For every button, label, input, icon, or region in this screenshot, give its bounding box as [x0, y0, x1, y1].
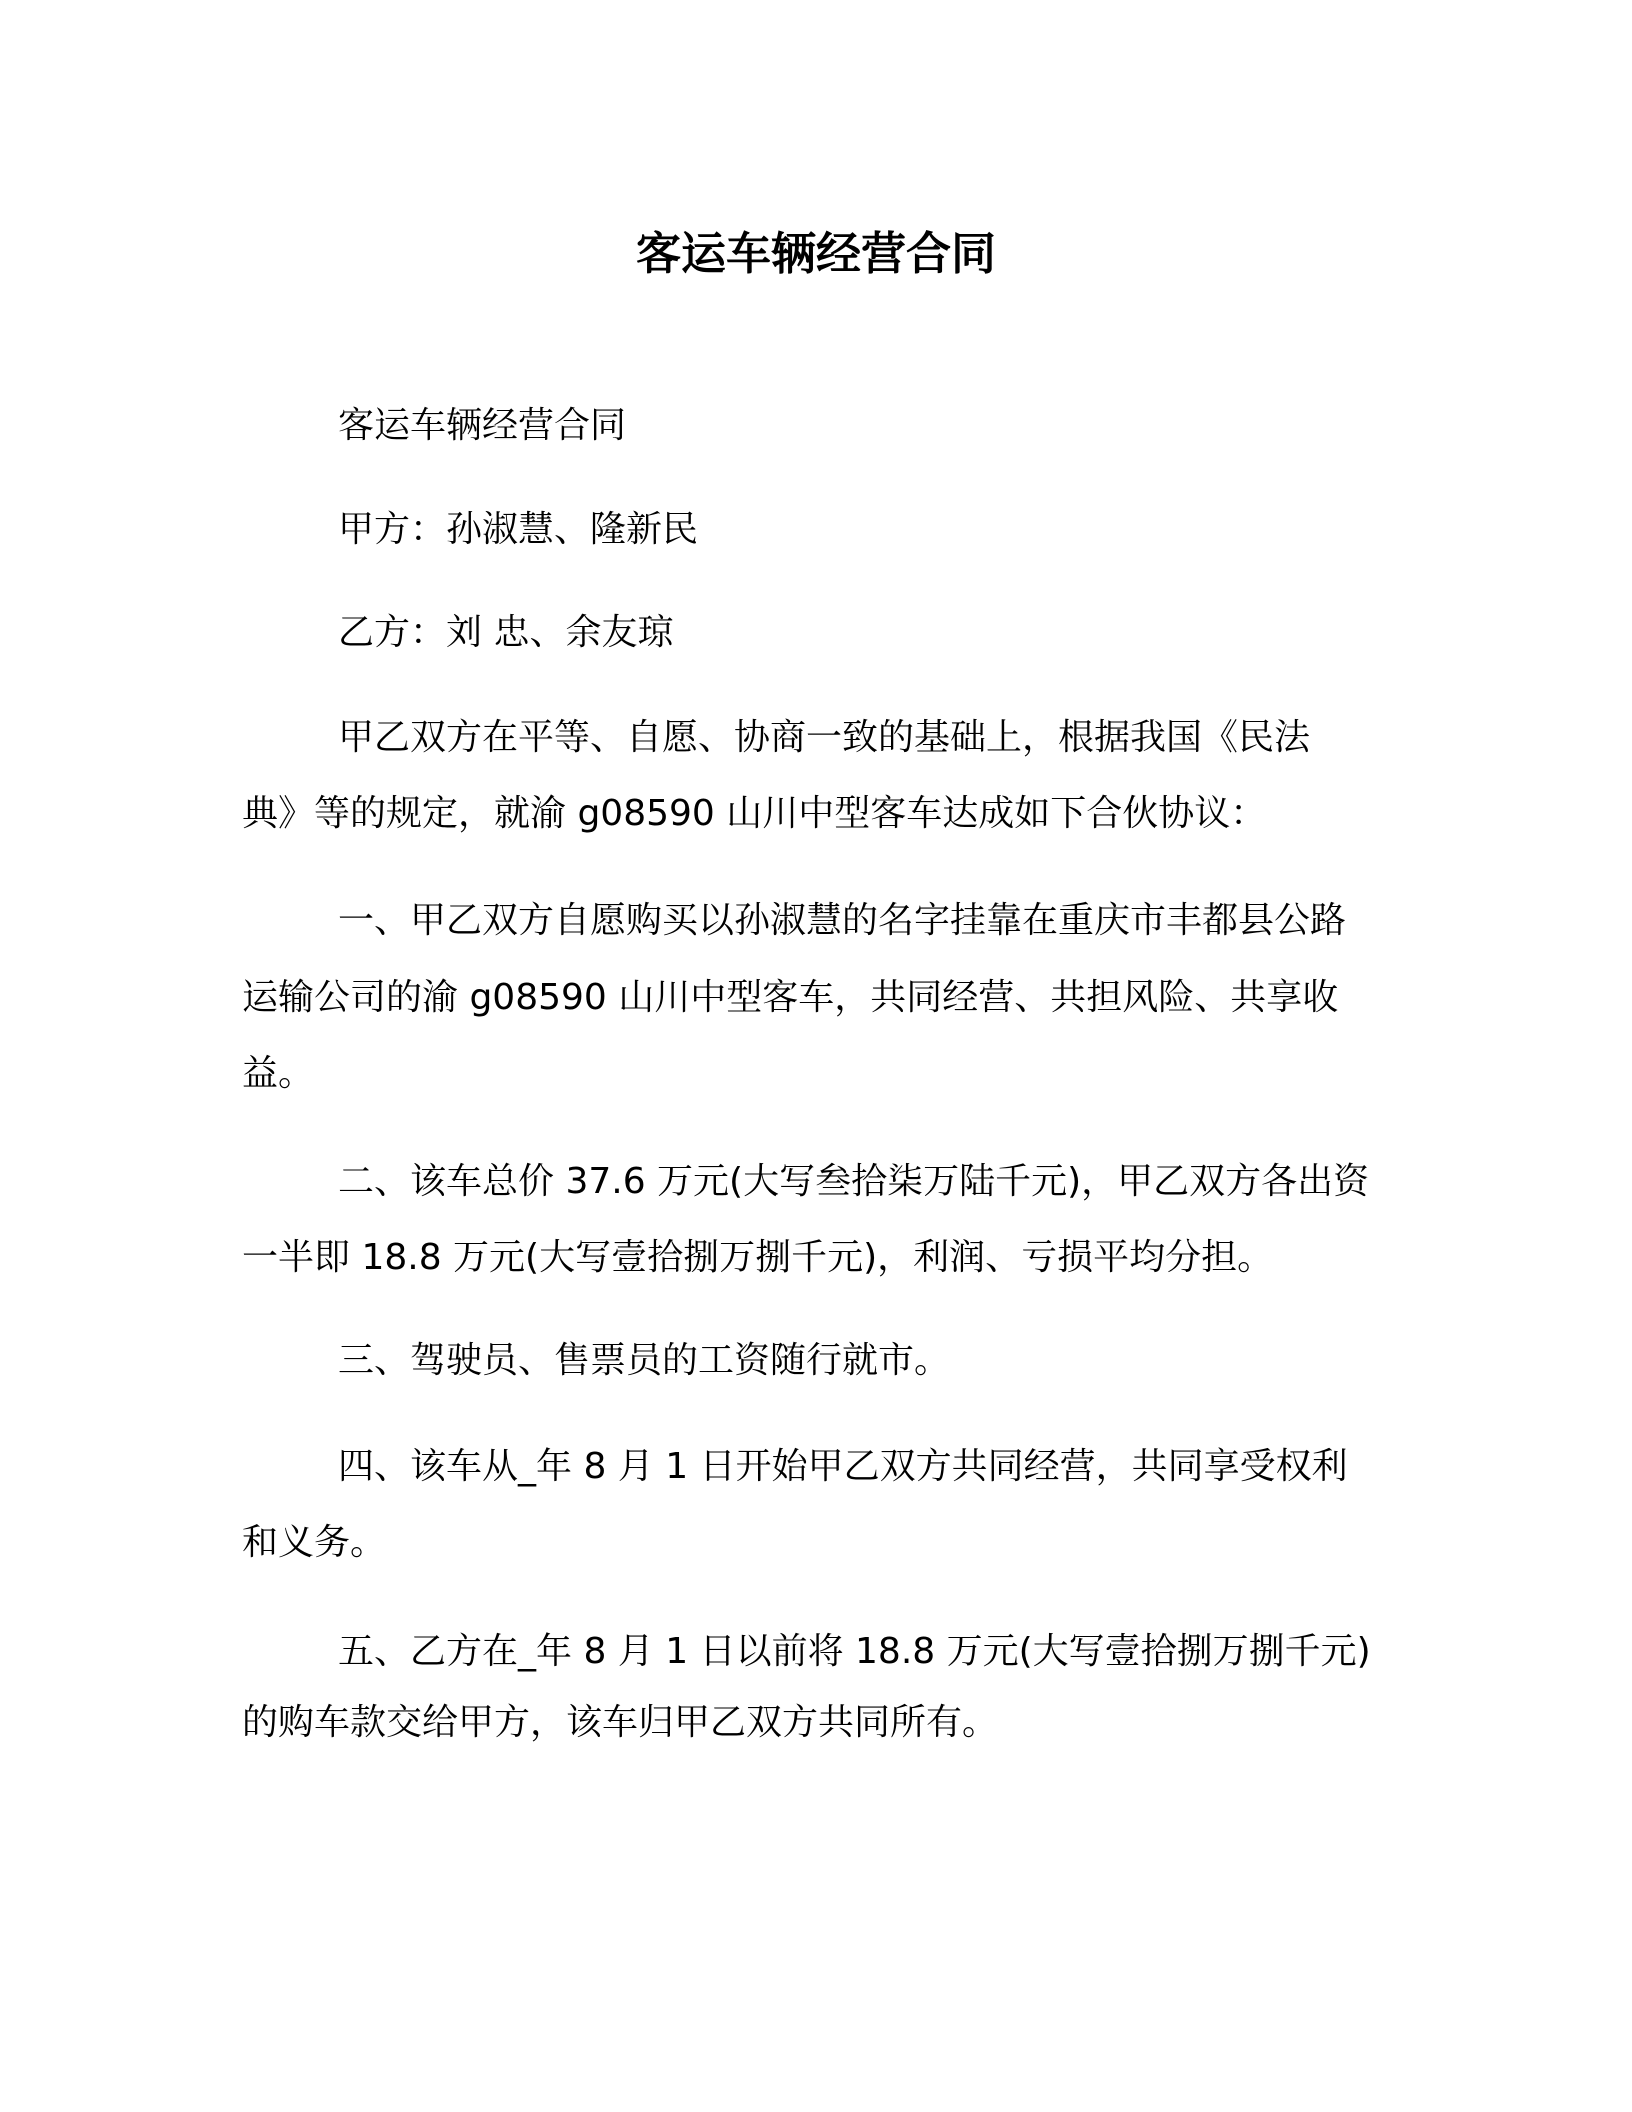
- clause-1-line-2: 运输公司的渝 g08590 山川中型客车，共同经营、共担风险、共享收: [242, 976, 1338, 1020]
- paragraph-party-b: 乙方：刘 忠、余友琼: [338, 611, 673, 655]
- paragraph-preamble-line-1: 甲乙双方在平等、自愿、协商一致的基础上，根据我国《民法: [338, 716, 1310, 760]
- clause-2-line-2: 一半即 18.8 万元(大写壹拾捌万捌千元)，利润、亏损平均分担。: [242, 1236, 1273, 1280]
- document-title: 客运车辆经营合同: [0, 226, 1632, 282]
- clause-3-line-1: 三、驾驶员、售票员的工资随行就市。: [338, 1339, 950, 1383]
- document-page: 客运车辆经营合同 客运车辆经营合同 甲方：孙淑慧、隆新民 乙方：刘 忠、余友琼 …: [0, 0, 1632, 2112]
- clause-1-line-3: 益。: [242, 1052, 314, 1096]
- clause-5-line-2: 的购车款交给甲方，该车归甲乙双方共同所有。: [242, 1701, 998, 1745]
- clause-4-line-1: 四、该车从_年 8 月 1 日开始甲乙双方共同经营，共同享受权利: [338, 1445, 1348, 1489]
- clause-4-line-2: 和义务。: [242, 1521, 386, 1565]
- clause-2-line-1: 二、该车总价 37.6 万元(大写叁拾柒万陆千元)，甲乙双方各出资: [338, 1160, 1369, 1204]
- clause-1-line-1: 一、甲乙双方自愿购买以孙淑慧的名字挂靠在重庆市丰都县公路: [338, 899, 1346, 943]
- paragraph-contract-name: 客运车辆经营合同: [338, 404, 626, 448]
- paragraph-preamble-line-2: 典》等的规定，就渝 g08590 山川中型客车达成如下合伙协议：: [242, 792, 1266, 836]
- clause-5-line-1: 五、乙方在_年 8 月 1 日以前将 18.8 万元(大写壹拾捌万捌千元): [338, 1630, 1371, 1674]
- paragraph-party-a: 甲方：孙淑慧、隆新民: [338, 508, 698, 552]
